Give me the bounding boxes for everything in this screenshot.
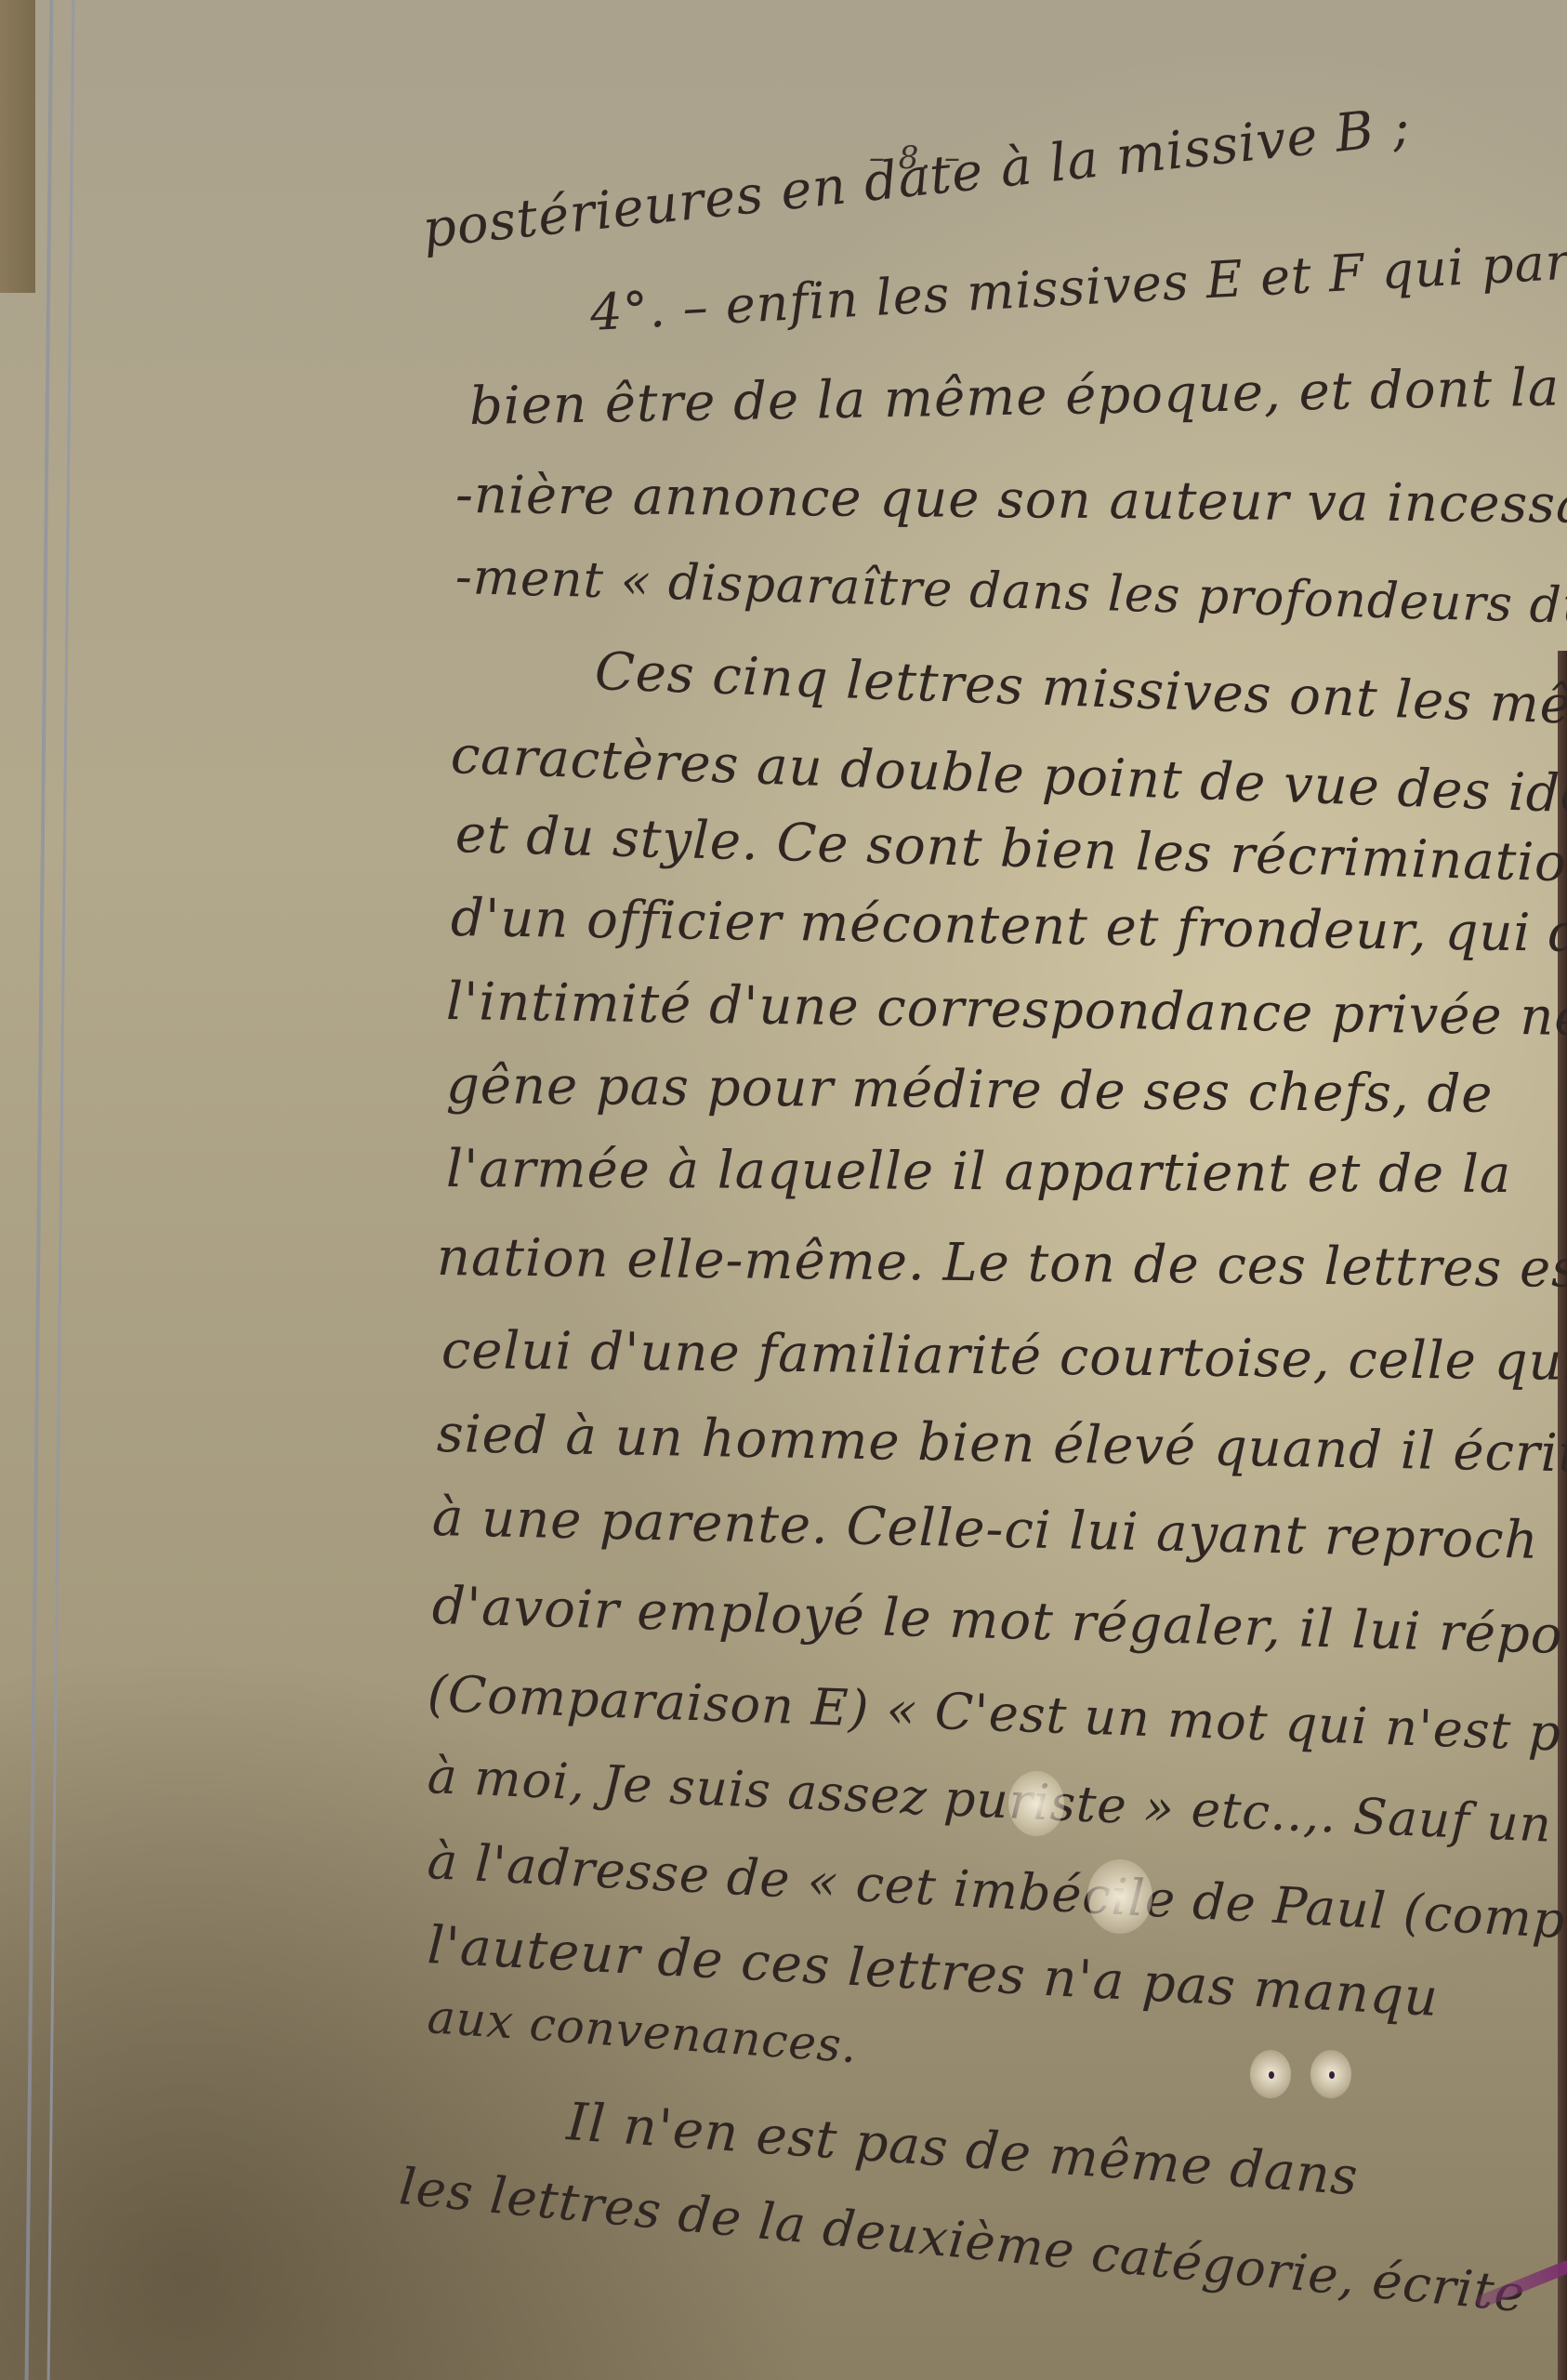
text-line: gêne pas pour médire de ses chefs, de [446, 1055, 1494, 1125]
pin-hole-dot [1269, 2071, 1274, 2079]
paper-damage-spot [1087, 1859, 1152, 1934]
pin-hole [1250, 2050, 1291, 2098]
paper-damage-spot [1008, 1771, 1064, 1836]
pin-hole-dot [1329, 2071, 1335, 2079]
binder-tab [0, 0, 35, 293]
text-line: celui d'une familiarité courtoise, celle… [441, 1320, 1567, 1393]
text-line: -nière annonce que son auteur va incessa… [455, 465, 1567, 535]
pin-hole [1310, 2050, 1351, 2098]
text-line: nation elle-même. Le ton de ces lettres … [437, 1227, 1567, 1300]
text-line: l'armée à laquelle il appartient et de l… [446, 1139, 1512, 1205]
